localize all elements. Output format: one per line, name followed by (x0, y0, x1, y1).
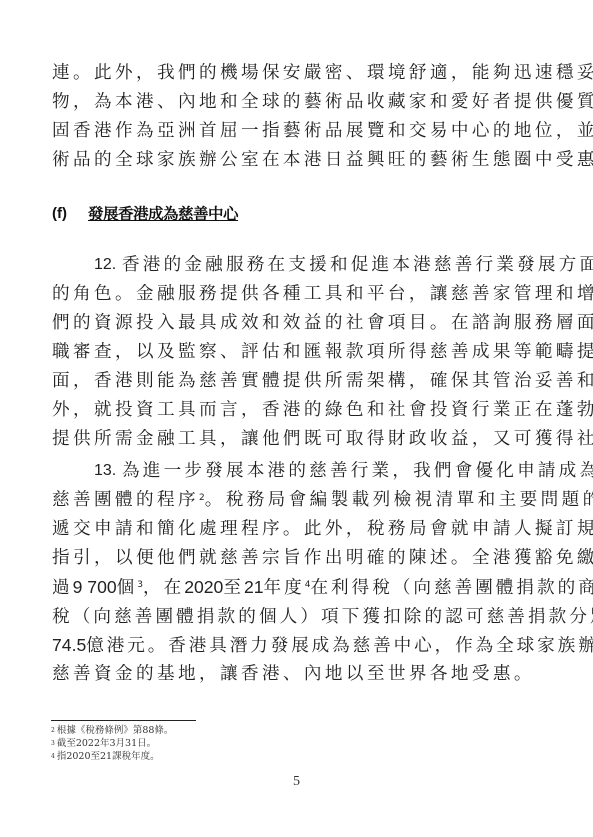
footnote-separator (51, 720, 196, 721)
text-segment: 慈善團體的程序 (52, 490, 199, 510)
text-segment: 過 (52, 578, 73, 598)
footnote-mark: 3 (51, 740, 55, 747)
footnote: 4指2020至21課稅年度。 (51, 751, 160, 763)
paragraph-line: 職審查，以及監察、評估和匯報款項所得慈善成果等範疇提供協助。在法律層 (52, 341, 541, 363)
text-segment: 。稅務局會編製載列檢視清單和主要問題的標準表格，以便利 (205, 490, 593, 510)
footnote-text: 截至2022年3月31日。 (57, 738, 156, 749)
text-segment: 億港元。香港具潛力發展成為慈善中心，作為全球家族辦公室和慈善家調配 (86, 636, 593, 656)
paragraph-number: 13. (94, 460, 116, 482)
footnote-mark: 2 (51, 727, 55, 734)
paragraph-line: 慈善資金的基地，讓香港、內地以至世界各地受惠。 (52, 663, 541, 685)
paragraph-line: 固香港作為亞洲首屈一指藝術品展覽和交易中心的地位，並更好的讓投資於藝 (52, 120, 541, 142)
text-segment: 年度 (264, 578, 305, 598)
paragraph-line: 物，為本港、內地和全球的藝術品收藏家和愛好者提供優質服務。新設施將鞏 (52, 91, 541, 113)
paragraph-line: 術品的全球家族辦公室在本港日益興旺的藝術生態圈中受惠。 (52, 149, 541, 171)
paragraph-line: 連。此外，我們的機場保安嚴密、環境舒適，能夠迅速穩妥地處理各類特殊貨 (52, 62, 541, 84)
footnote-text: 指2020至21課稅年度。 (57, 751, 160, 762)
text-segment: ，在 (143, 578, 184, 598)
footnote-ref[interactable]: 2 (199, 493, 205, 503)
paragraph-line: 的角色。金融服務提供各種工具和平台，讓慈善家管理和增加財富，以及把他 (52, 283, 541, 305)
text-segment: 個 (117, 578, 138, 598)
paragraph-line: 過9 700個3，在2020至21年度4在利得稅（向慈善團體捐款的商業機構）和薪… (52, 576, 541, 599)
paragraph-line: 提供所需金融工具，讓他們既可取得財政收益，又可獲得社會回報。 (52, 428, 541, 450)
footnote-ref[interactable]: 4 (305, 580, 311, 590)
footnote: 3截至2022年3月31日。 (51, 738, 156, 750)
paragraph-number: 12. (94, 254, 116, 276)
footnote-mark: 4 (51, 753, 55, 760)
paragraph-line: 們的資源投入最具成效和效益的社會項目。在諮詢服務層面，金融機構可在盡 (52, 312, 541, 334)
text-segment: 至 (223, 578, 244, 598)
paragraph-line: 慈善團體的程序2。稅務局會編製載列檢視清單和主要問題的標準表格，以便利 (52, 489, 541, 511)
year-value: 21 (244, 577, 264, 597)
year-value: 2020 (184, 577, 223, 597)
paragraph-line: 外，就投資工具而言，香港的綠色和社會投資行業正在蓬勃發展，可為慈善家 (52, 399, 541, 421)
paragraph-line: 為進一步發展本港的慈善行業，我們會優化申請成為獲豁免繳稅的 (122, 460, 541, 482)
footnote-text: 根據《稅務條例》第88條。 (57, 725, 174, 736)
paragraph-line: 指引，以便他們就慈善宗旨作出明確的陳述。全港獲豁免繳稅的慈善團體有超 (52, 547, 541, 569)
document-page: 連。此外，我們的機場保安嚴密、環境舒適，能夠迅速穩妥地處理各類特殊貨 物，為本港… (0, 0, 593, 837)
footnote: 2根據《稅務條例》第88條。 (51, 725, 173, 737)
page-number: 5 (0, 774, 593, 790)
paragraph-line: 面，香港則能為慈善實體提供所需架構，確保其管治妥善和業務得以延續。此 (52, 370, 541, 392)
footnote-ref[interactable]: 3 (137, 580, 143, 590)
paragraph-line: 遞交申請和簡化處理程序。此外，稅務局會就申請人擬訂規管文書提供進一步 (52, 518, 541, 540)
text-segment: 在利得稅（向慈善團體捐款的商業機構）和薪俸 (310, 578, 593, 598)
text-segment: 稅（向慈善團體捐款的個人）項下獲扣除的認可慈善捐款分別為 (52, 607, 593, 627)
charity-count: 9 700 (73, 577, 117, 597)
paragraph-line: 74.5億港元。香港具潛力發展成為慈善中心，作為全球家族辦公室和慈善家調配 (52, 634, 541, 657)
paragraph-line: 稅（向慈善團體捐款的個人）項下獲扣除的認可慈善捐款分別為43.5億港元和 (52, 605, 541, 628)
section-title: 發展香港成為慈善中心 (88, 203, 238, 225)
paragraph-line: 香港的金融服務在支援和促進本港慈善行業發展方面擔當舉足輕重 (122, 254, 541, 276)
amount-value: 74.5 (52, 635, 86, 655)
section-label: (f) (52, 203, 67, 225)
